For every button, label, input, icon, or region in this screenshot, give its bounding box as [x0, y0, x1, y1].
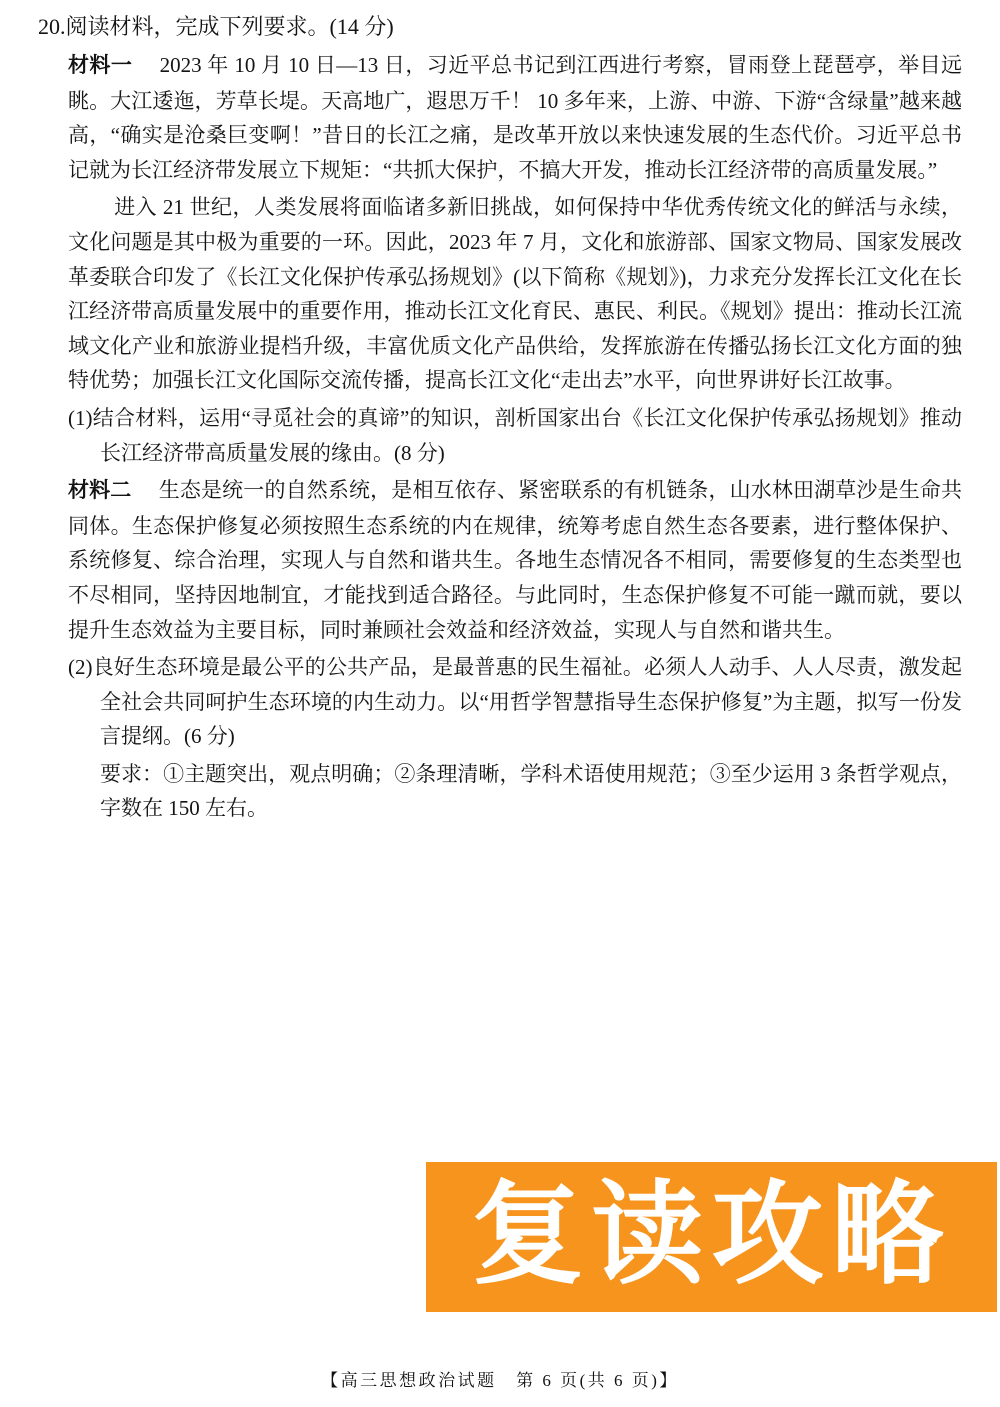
page-footer: 【高三思想政治试题 第 6 页(共 6 页)】: [0, 1366, 1000, 1391]
question-body: 材料一2023 年 10 月 10 日—13 日，习近平总书记到江西进行考察，冒…: [68, 48, 962, 829]
material-two-paragraph: 材料二生态是统一的自然系统，是相互依存、紧密联系的有机链条，山水林田湖草沙是生命…: [68, 473, 962, 647]
sub-question-2: (2)良好生态环境是最公平的公共产品，是最普惠的民生福祉。必须人人动手、人人尽责…: [68, 650, 962, 754]
sub-question-1: (1)结合材料，运用“寻觅社会的真谛”的知识，剖析国家出台《长江文化保护传承弘扬…: [68, 401, 962, 470]
exam-paper-page: 20.阅读材料，完成下列要求。(14 分) 材料一2023 年 10 月 10 …: [0, 0, 1000, 1407]
banner-text: 复读攻略: [472, 1179, 952, 1291]
material-one-paragraph-2: 进入 21 世纪，人类发展将面临诸多新旧挑战，如何保持中华优秀传统文化的鲜活与永…: [68, 190, 962, 398]
material-one-text: 2023 年 10 月 10 日—13 日，习近平总书记到江西进行考察，冒雨登上…: [68, 53, 962, 182]
answer-requirements: 要求：①主题突出，观点明确；②条理清晰，学科术语使用规范；③至少运用 3 条哲学…: [100, 757, 962, 826]
repeat-study-guide-banner: 复读攻略: [426, 1162, 997, 1312]
material-two-text: 生态是统一的自然系统，是相互依存、紧密联系的有机链条，山水林田湖草沙是生命共同体…: [68, 478, 962, 641]
material-two-label: 材料二: [68, 479, 131, 502]
material-one-paragraph: 材料一2023 年 10 月 10 日—13 日，习近平总书记到江西进行考察，冒…: [68, 48, 962, 187]
question-20-header: 20.阅读材料，完成下列要求。(14 分): [38, 12, 394, 42]
material-one-label: 材料一: [68, 54, 132, 77]
